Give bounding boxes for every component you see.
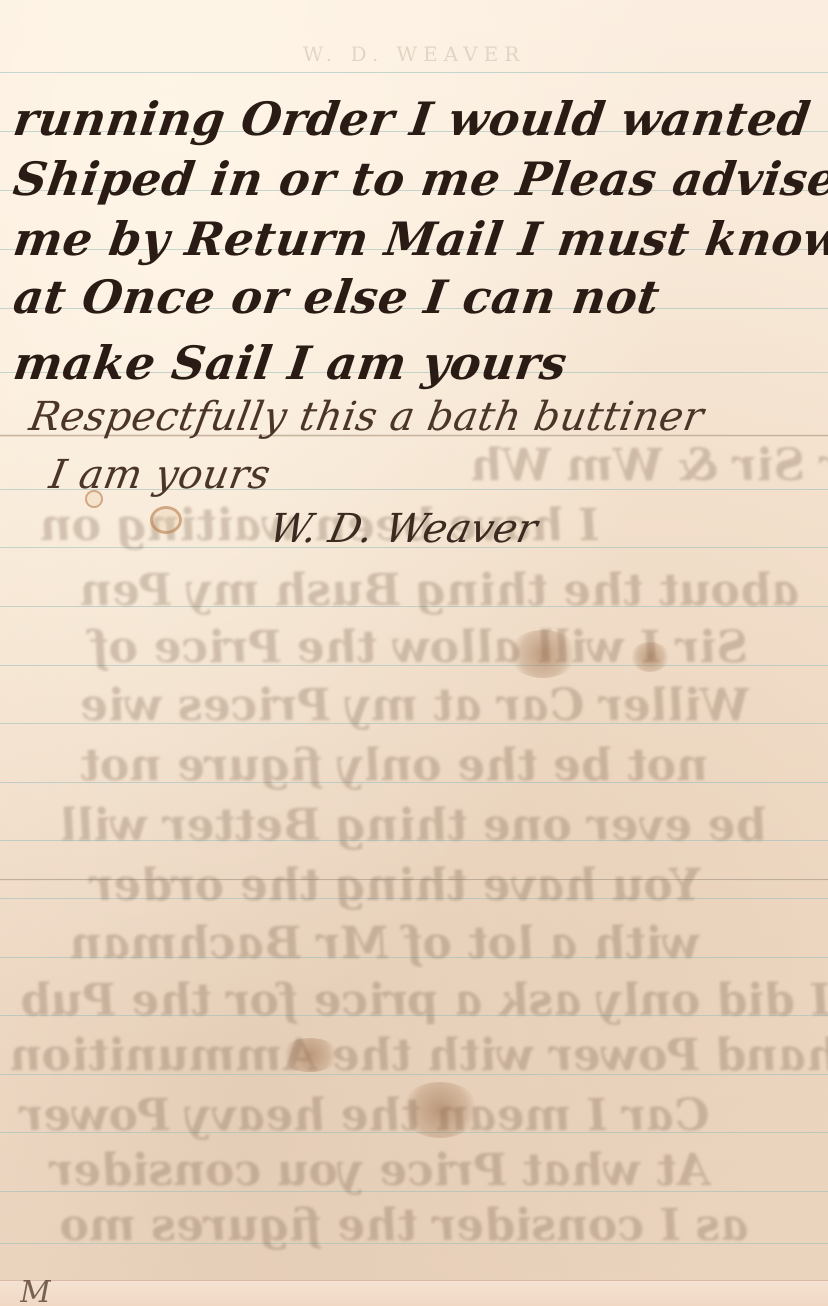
bleed-through-line: Car I mean the heavy Power — [16, 1090, 712, 1141]
letter-line: at Once or else I can not — [10, 270, 663, 324]
bleed-through-line: not be the only figure not — [76, 740, 712, 791]
ruled-line — [0, 72, 828, 73]
bleed-through-line: At what Price you consider — [46, 1145, 713, 1196]
bleed-through-line: about the thing Bush my Pen — [76, 565, 803, 616]
letter-page: W. D. WEAVER Dear Sir & Wm Wh I have bee… — [0, 0, 828, 1306]
bleed-through-line: Willer Car at my Prices wie — [76, 680, 753, 731]
page-bottom-edge — [0, 1280, 828, 1306]
bleed-through-line: as I consider the figures mo — [56, 1200, 752, 1251]
bleed-through-line: with a lot of Mr Bachman — [66, 918, 703, 969]
signature: W. D. Weaver — [265, 506, 541, 552]
bleed-through-line: be ever one thing Better will — [56, 800, 769, 851]
bleed-through-line: of hand Power with the Ammunition — [6, 1030, 828, 1081]
bleed-through-line: I did only ask a price for the Pub — [16, 975, 828, 1026]
paper-stain — [400, 1082, 480, 1138]
water-ring-stain — [150, 506, 182, 534]
letter-line: running Order I would wanted — [10, 92, 814, 146]
letter-line: me by Return Mail I must know — [10, 212, 828, 266]
letter-line: make Sail I am yours — [10, 336, 570, 390]
paper-stain — [630, 642, 670, 672]
bleed-through-line: You have thing the order — [86, 860, 704, 911]
paper-stain — [280, 1038, 340, 1072]
letter-line-closing: Respectfully this a bath buttiner — [26, 394, 707, 440]
letter-line: Shiped in or to me Pleas advise — [10, 152, 828, 206]
bottom-text-fragment: M — [20, 1280, 51, 1306]
bleed-through-line: Dear Sir & Wm Wh — [466, 440, 828, 491]
letter-line-closing: I am yours — [46, 452, 274, 498]
paper-stain — [508, 630, 578, 678]
faint-letterhead: W. D. WEAVER — [0, 42, 828, 66]
